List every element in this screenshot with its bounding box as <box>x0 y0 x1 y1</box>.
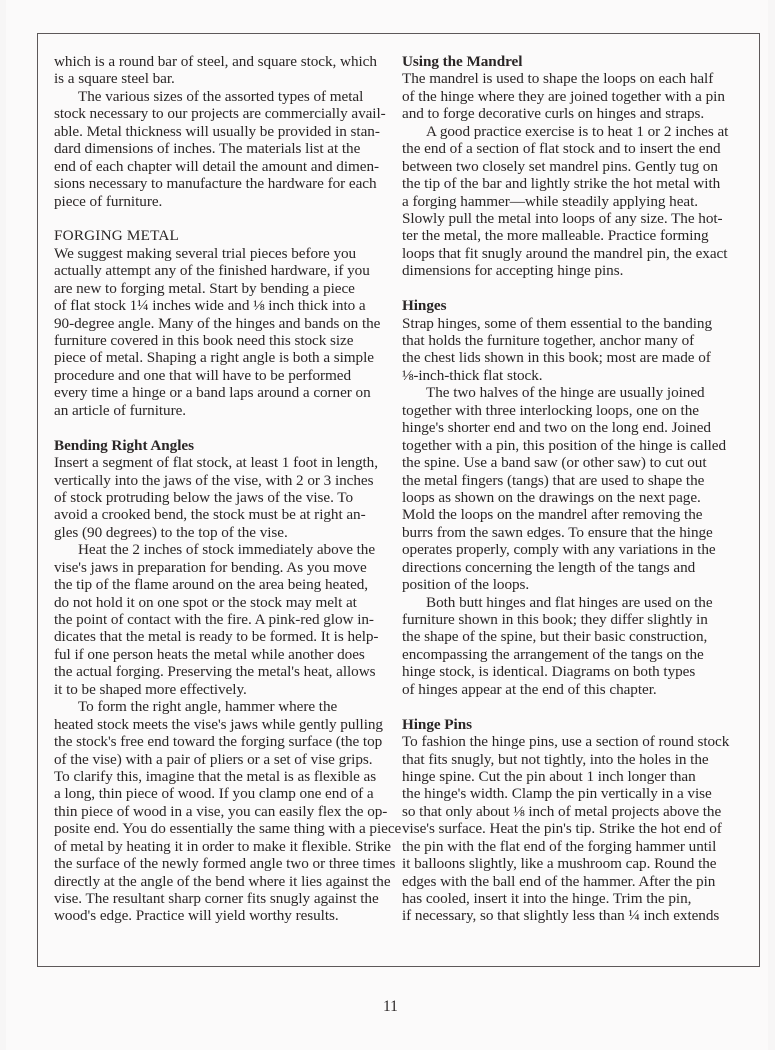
text-line: it balloons slightly, like a mushroom ca… <box>402 855 737 872</box>
section-using-the-mandrel: Using the Mandrel The mandrel is used to… <box>402 53 737 280</box>
text-line: wood's edge. Practice will yield worthy … <box>54 907 389 924</box>
text-line: vise's surface. Heat the pin's tip. Stri… <box>402 820 737 837</box>
text-line: together with a pin, this position of th… <box>402 437 737 454</box>
text-line: sions necessary to manufacture the hardw… <box>54 175 389 192</box>
text-line: A good practice exercise is to heat 1 or… <box>402 123 737 140</box>
text-line: To form the right angle, hammer where th… <box>54 698 389 715</box>
text-line: Strap hinges, some of them essential to … <box>402 315 737 332</box>
text-line: dicates that the metal is ready to be fo… <box>54 628 389 645</box>
text-line: has cooled, insert it into the hinge. Tr… <box>402 890 737 907</box>
text-line: posite end. You do essentially the same … <box>54 820 389 837</box>
text-line: are new to forging metal. Start by bendi… <box>54 280 389 297</box>
text-line: loops as shown on the drawings on the ne… <box>402 489 737 506</box>
text-line: operates properly, comply with any varia… <box>402 541 737 558</box>
text-line: an article of furniture. <box>54 402 389 419</box>
text-line: thin piece of wood in a vise, you can ea… <box>54 803 389 820</box>
subsection-heading: Using the Mandrel <box>402 53 737 70</box>
text-line: do not hold it on one spot or the stock … <box>54 594 389 611</box>
text-line: and to forge decorative curls on hinges … <box>402 105 737 122</box>
text-line: ter the metal, the more malleable. Pract… <box>402 227 737 244</box>
text-line: hinge stock, is identical. Diagrams on b… <box>402 663 737 680</box>
text-line: the tip of the bar and lightly strike th… <box>402 175 737 192</box>
right-column: Using the Mandrel The mandrel is used to… <box>402 53 737 925</box>
text-line: is a square steel bar. <box>54 70 389 87</box>
text-line: together with three interlocking loops, … <box>402 402 737 419</box>
text-line: heated stock meets the vise's jaws while… <box>54 716 389 733</box>
text-line: of hinges appear at the end of this chap… <box>402 681 737 698</box>
text-line: that holds the furniture together, ancho… <box>402 332 737 349</box>
text-line: directions concerning the length of the … <box>402 559 737 576</box>
text-line: end of each chapter will detail the amou… <box>54 158 389 175</box>
text-line: the surface of the newly formed angle tw… <box>54 855 389 872</box>
text-line: loops that fit snugly around the mandrel… <box>402 245 737 262</box>
paragraph-gap <box>54 419 389 436</box>
text-line: the metal fingers (tangs) that are used … <box>402 472 737 489</box>
text-line: of the vise) with a pair of pliers or a … <box>54 751 389 768</box>
text-line: ⅛-inch-thick flat stock. <box>402 367 737 384</box>
text-line: the pin with the flat end of the forging… <box>402 838 737 855</box>
text-line: dard dimensions of inches. The materials… <box>54 140 389 157</box>
text-line: The two halves of the hinge are usually … <box>402 384 737 401</box>
text-line: of the hinge where they are joined toget… <box>402 88 737 105</box>
text-line: if necessary, so that slightly less than… <box>402 907 737 924</box>
text-line: the point of contact with the fire. A pi… <box>54 611 389 628</box>
paragraph-gap <box>54 210 389 227</box>
text-line: that fits snugly, but not tightly, into … <box>402 751 737 768</box>
page-number: 11 <box>383 998 398 1016</box>
text-line: hinge spine. Cut the pin about 1 inch lo… <box>402 768 737 785</box>
section-bending-right-angles: Bending Right Angles Insert a segment of… <box>54 437 389 925</box>
intro-paragraph: which is a round bar of steel, and squar… <box>54 53 389 88</box>
text-line: To fashion the hinge pins, use a section… <box>402 733 737 750</box>
text-line: piece of furniture. <box>54 193 389 210</box>
text-line: of stock protruding below the jaws of th… <box>54 489 389 506</box>
text-line: burrs from the sawn edges. To ensure tha… <box>402 524 737 541</box>
text-line: directly at the angle of the bend where … <box>54 873 389 890</box>
paragraph-gap <box>402 280 737 297</box>
text-line: every time a hinge or a band laps around… <box>54 384 389 401</box>
text-line: 90-degree angle. Many of the hinges and … <box>54 315 389 332</box>
text-line: avoid a crooked bend, the stock must be … <box>54 506 389 523</box>
intro-paragraph-2: The various sizes of the assorted types … <box>54 88 389 210</box>
subsection-heading: Hinges <box>402 297 737 314</box>
text-line: actually attempt any of the finished har… <box>54 262 389 279</box>
text-line: The various sizes of the assorted types … <box>54 88 389 105</box>
text-line: of metal by heating it in order to make … <box>54 838 389 855</box>
text-line: so that only about ⅛ inch of metal proje… <box>402 803 737 820</box>
text-line: We suggest making several trial pieces b… <box>54 245 389 262</box>
text-line: furniture covered in this book need this… <box>54 332 389 349</box>
text-line: edges with the ball end of the hammer. A… <box>402 873 737 890</box>
text-line: the chest lids shown in this book; most … <box>402 349 737 366</box>
text-line: dimensions for accepting hinge pins. <box>402 262 737 279</box>
section-forging-metal: FORGING METAL We suggest making several … <box>54 227 389 419</box>
text-line: a long, thin piece of wood. If you clamp… <box>54 785 389 802</box>
text-line: Slowly pull the metal into loops of any … <box>402 210 737 227</box>
text-line: position of the loops. <box>402 576 737 593</box>
text-line: of flat stock 1¼ inches wide and ⅛ inch … <box>54 297 389 314</box>
text-line: The mandrel is used to shape the loops o… <box>402 70 737 87</box>
text-line: Heat the 2 inches of stock immediately a… <box>54 541 389 558</box>
text-line: a forging hammer—while steadily applying… <box>402 193 737 210</box>
text-line: procedure and one that will have to be p… <box>54 367 389 384</box>
section-hinge-pins: Hinge Pins To fashion the hinge pins, us… <box>402 716 737 925</box>
text-line: furniture shown in this book; they diffe… <box>402 611 737 628</box>
text-line: able. Metal thickness will usually be pr… <box>54 123 389 140</box>
text-line: vertically into the jaws of the vise, wi… <box>54 472 389 489</box>
text-line: Mold the loops on the mandrel after remo… <box>402 506 737 523</box>
subsection-heading: Bending Right Angles <box>54 437 389 454</box>
text-line: gles (90 degrees) to the top of the vise… <box>54 524 389 541</box>
text-line: it to be shaped more effectively. <box>54 681 389 698</box>
text-line: which is a round bar of steel, and squar… <box>54 53 389 70</box>
text-line: To clarify this, imagine that the metal … <box>54 768 389 785</box>
text-line: Both butt hinges and flat hinges are use… <box>402 594 737 611</box>
text-line: the hinge's width. Clamp the pin vertica… <box>402 785 737 802</box>
subsection-heading: Hinge Pins <box>402 716 737 733</box>
section-hinges: Hinges Strap hinges, some of them essent… <box>402 297 737 698</box>
text-line: the shape of the spine, but their basic … <box>402 628 737 645</box>
text-line: stock necessary to our projects are comm… <box>54 105 389 122</box>
text-line: the tip of the flame around on the area … <box>54 576 389 593</box>
paragraph-gap <box>402 698 737 715</box>
text-line: the end of a section of flat stock and t… <box>402 140 737 157</box>
text-line: the spine. Use a band saw (or other saw)… <box>402 454 737 471</box>
text-line: encompassing the arrangement of the tang… <box>402 646 737 663</box>
section-heading: FORGING METAL <box>54 227 389 244</box>
text-line: ful if one person heats the metal while … <box>54 646 389 663</box>
text-line: the stock's free end toward the forging … <box>54 733 389 750</box>
text-line: the actual forging. Preserving the metal… <box>54 663 389 680</box>
text-line: Insert a segment of flat stock, at least… <box>54 454 389 471</box>
text-line: piece of metal. Shaping a right angle is… <box>54 349 389 366</box>
text-line: vise's jaws in preparation for bending. … <box>54 559 389 576</box>
text-line: between two closely set mandrel pins. Ge… <box>402 158 737 175</box>
text-line: hinge's shorter end and two on the long … <box>402 419 737 436</box>
left-column: which is a round bar of steel, and squar… <box>54 53 389 925</box>
text-line: vise. The resultant sharp corner fits sn… <box>54 890 389 907</box>
